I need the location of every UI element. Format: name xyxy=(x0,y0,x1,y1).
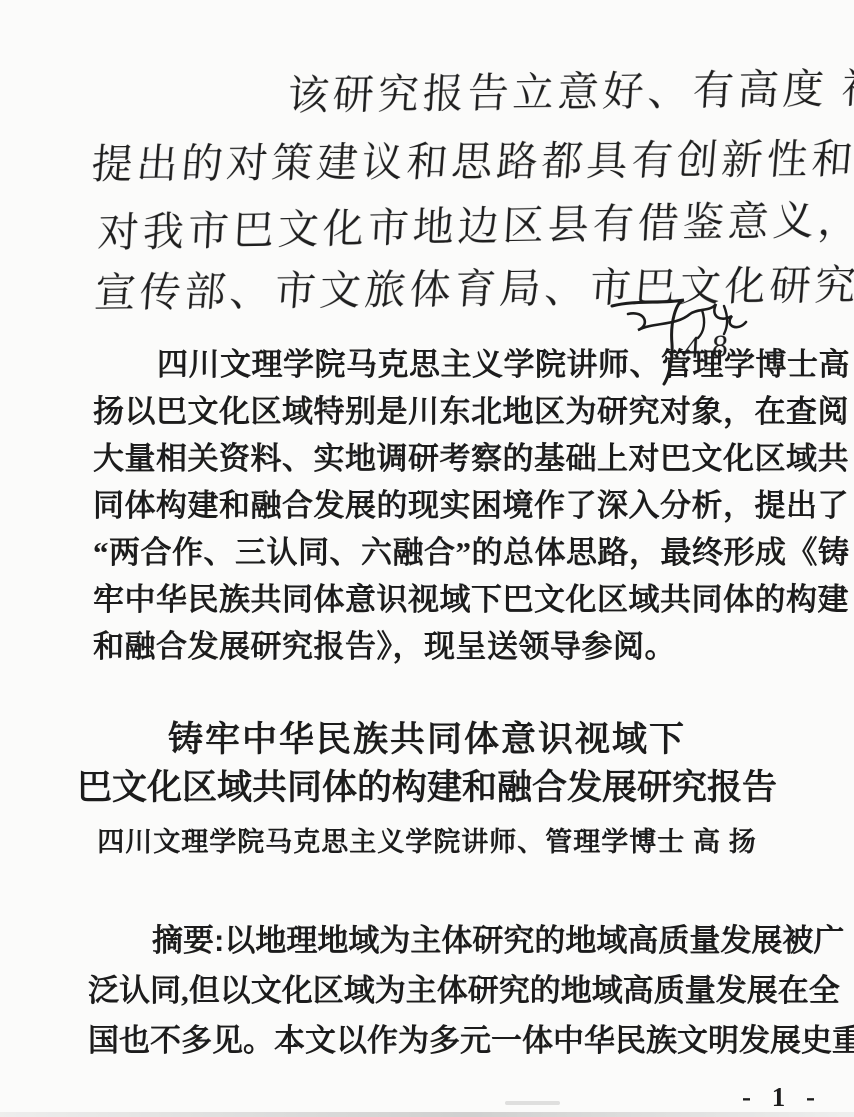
memo-line: 大量相关资料、实地调研考察的基础上对巴文化区域共 xyxy=(93,435,819,482)
memo-line: 扬以巴文化区域特别是川东北地区为研究对象，在查阅 xyxy=(93,388,819,435)
handwritten-note-line-3: 对我市巴文化市地边区县有借鉴意义，请转发 xyxy=(97,184,854,259)
report-title-line-1: 铸牢中华民族共同体意识视域下 xyxy=(0,712,854,762)
abstract-label: 摘要: xyxy=(152,923,224,958)
handwritten-note-line-2: 提出的对策建议和思路都具有创新性和操作性， xyxy=(90,125,854,191)
scan-smudge-artifact xyxy=(505,1101,560,1105)
scanned-document-page: 该研究报告立意好、有高度 视野广、 提出的对策建议和思路都具有创新性和操作性， … xyxy=(0,0,854,1117)
memo-line: “两合作、三认同、六融合”的总体思路，最终形成《铸 xyxy=(93,529,819,576)
abstract-section: 摘要:以地理地域为主体研究的地域高质量发展被广 泛认同,但以文化区域为主体研究的… xyxy=(88,916,820,1066)
memo-line: 牢中华民族共同体意识视域下巴文化区域共同体的构建 xyxy=(93,576,819,623)
abstract-line: 国也不多见。本文以作为多元一体中华民族文明发展史重 xyxy=(88,1016,820,1066)
memo-line: 四川文理学院马克思主义学院讲师、管理学博士高 xyxy=(93,341,819,388)
abstract-text: 以地理地域为主体研究的地域高质量发展被广 xyxy=(224,923,844,958)
report-byline: 四川文理学院马克思主义学院讲师、管理学博士 高 扬 xyxy=(0,820,854,859)
scan-bottom-edge xyxy=(0,1112,854,1117)
report-title-line-2: 巴文化区域共同体的构建和融合发展研究报告 xyxy=(0,760,854,810)
memo-line: 同体构建和融合发展的现实困境作了深入分析，提出了 xyxy=(93,482,819,529)
memo-line: 和融合发展研究报告》，现呈送领导参阅。 xyxy=(93,623,819,670)
abstract-line: 摘要:以地理地域为主体研究的地域高质量发展被广 xyxy=(88,916,820,966)
page-number: - 1 - xyxy=(742,1082,822,1113)
forwarding-memo-paragraph: 四川文理学院马克思主义学院讲师、管理学博士高 扬以巴文化区域特别是川东北地区为研… xyxy=(93,341,819,670)
abstract-line: 泛认同,但以文化区域为主体研究的地域高质量发展在全 xyxy=(88,966,820,1016)
handwritten-note-line-1: 该研究报告立意好、有高度 视野广、 xyxy=(286,53,854,121)
